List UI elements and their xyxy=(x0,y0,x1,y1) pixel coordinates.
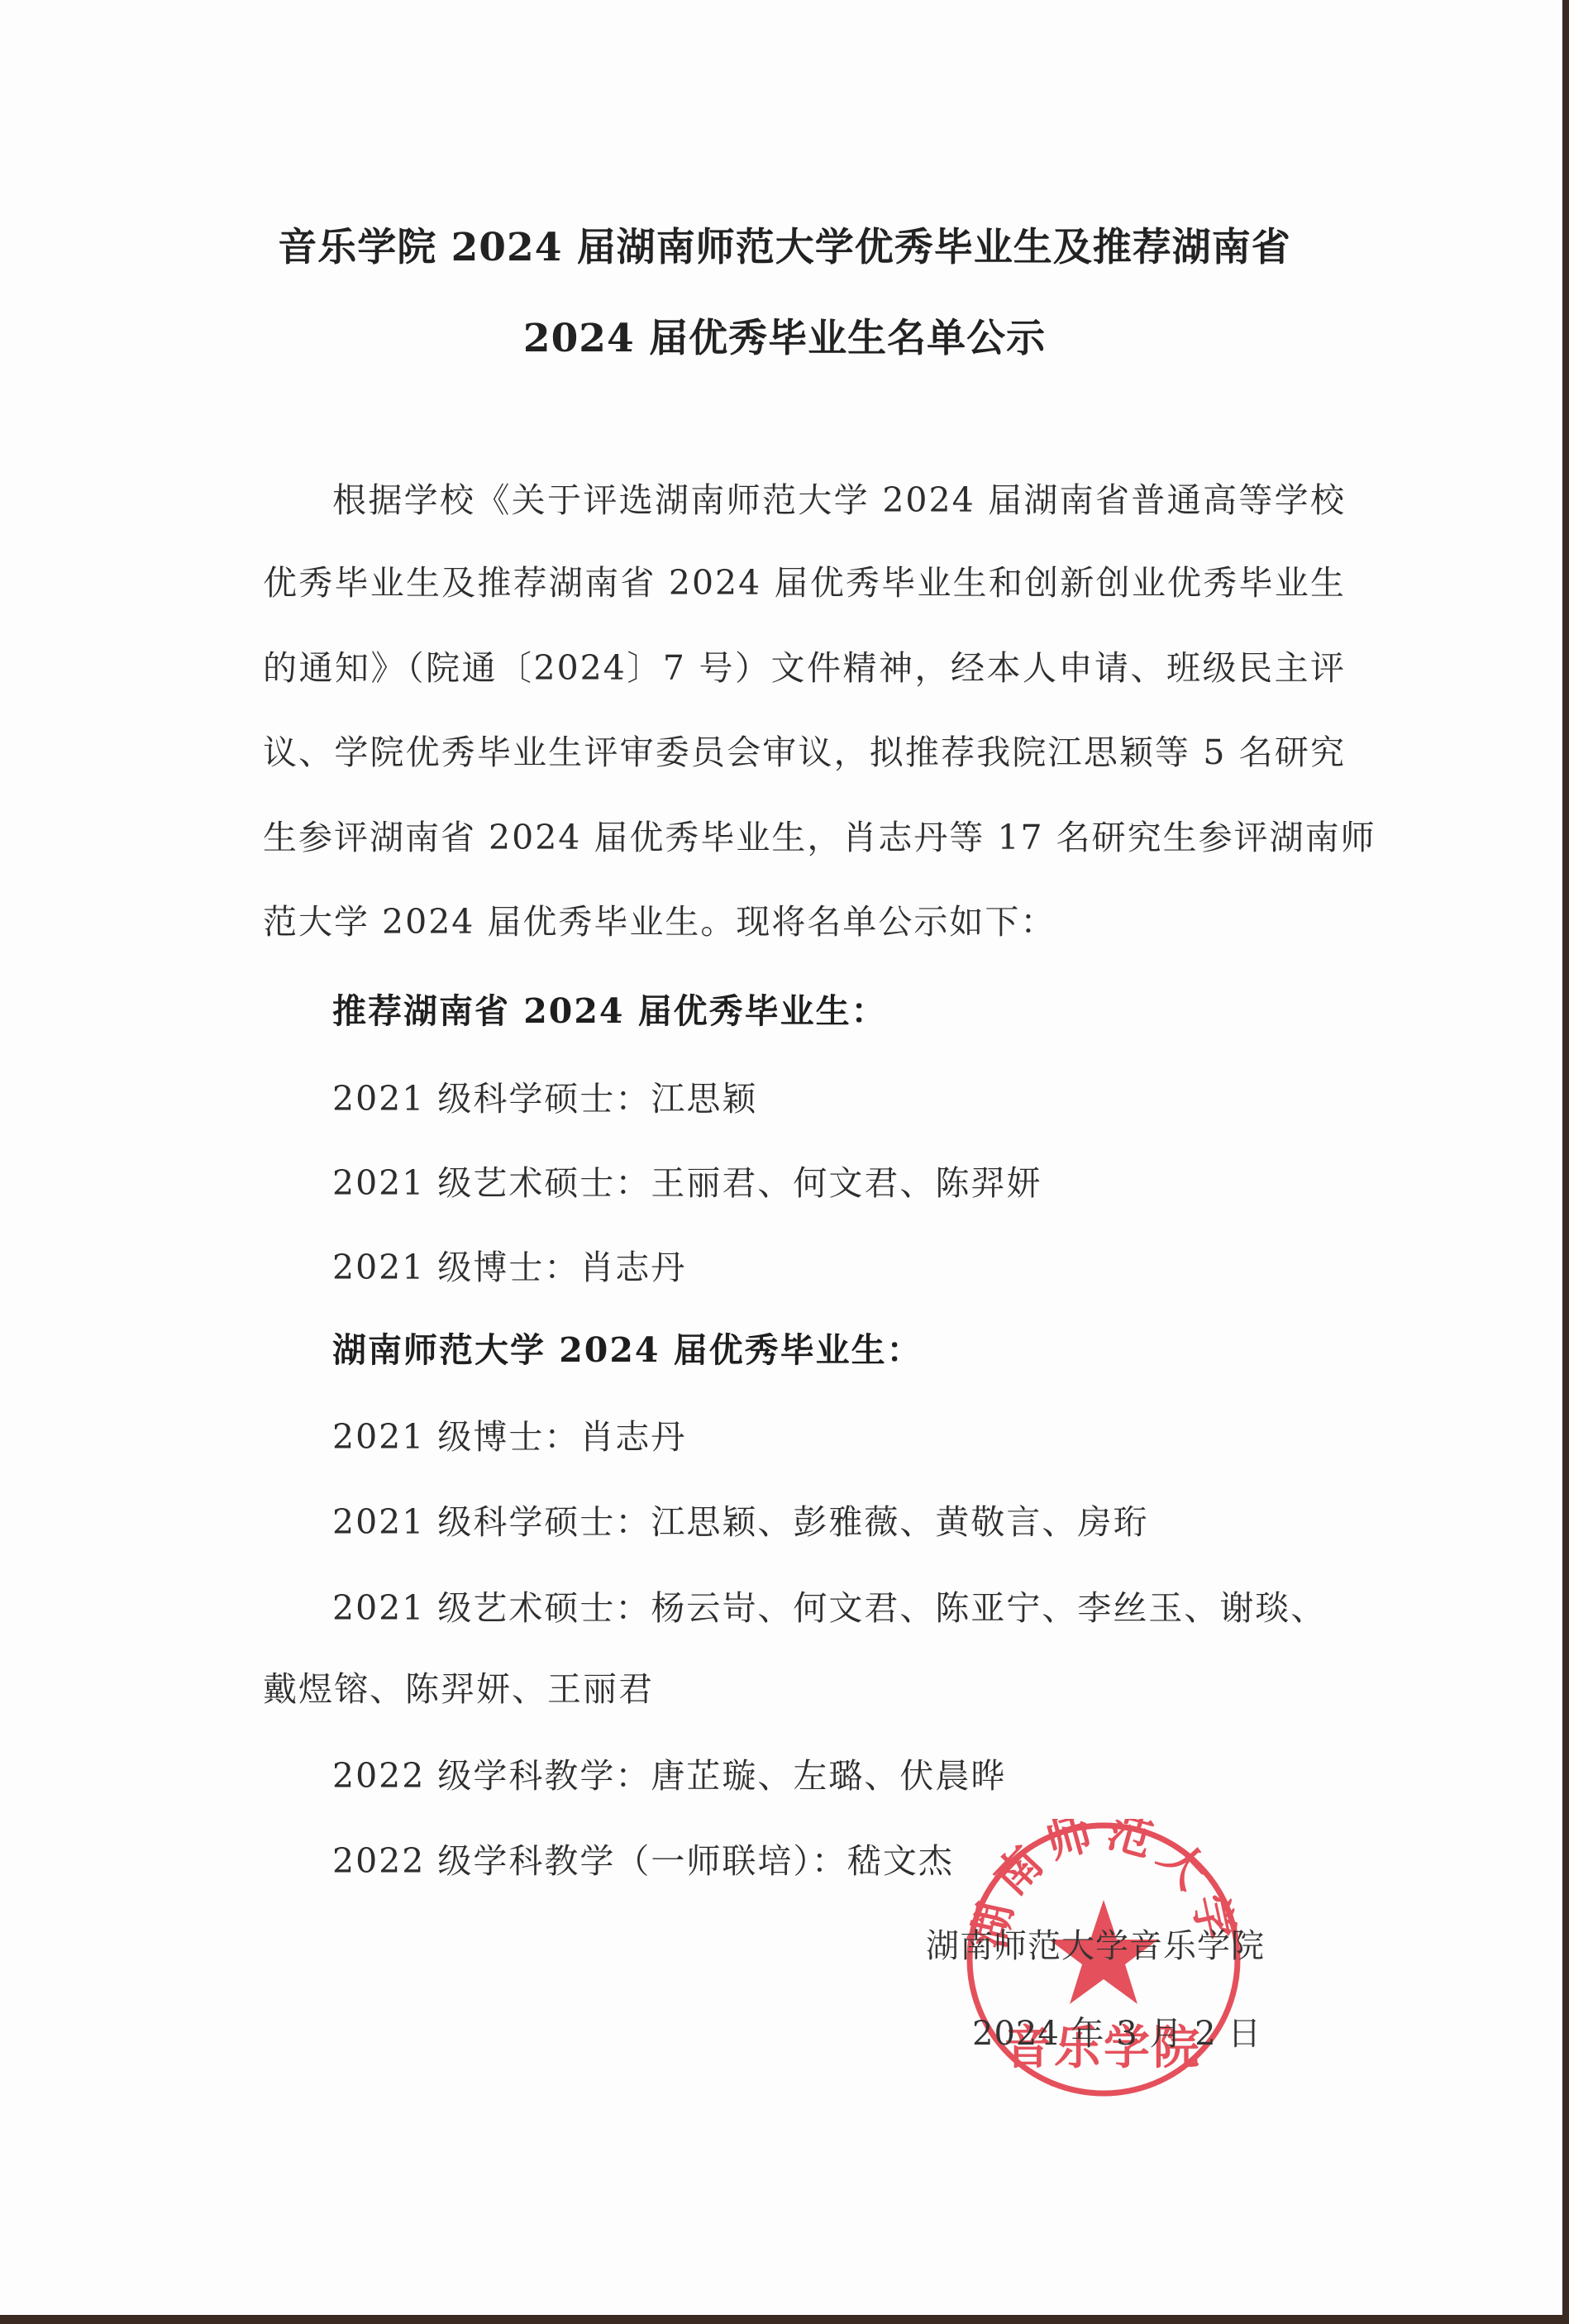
list-item: 2021 级科学硕士：江思颖 xyxy=(332,1071,757,1120)
section-heading-provincial: 推荐湖南省 2024 届优秀毕业生： xyxy=(332,984,887,1033)
body-paragraph-line-1: 根据学校《关于评选湖南师范大学 2024 届湖南省普通高等学校 xyxy=(332,473,1346,522)
list-item: 2021 级科学硕士：江思颖、彭雅薇、黄敬言、房珩 xyxy=(332,1495,1148,1544)
list-item: 2022 级学科教学（一师联培）：嵇文杰 xyxy=(332,1834,954,1883)
body-paragraph-line-5: 生参评湖南省 2024 届优秀毕业生，肖志丹等 17 名研究生参评湖南师 xyxy=(263,810,1346,859)
signature-date: 2024 年 3 月 2 日 xyxy=(972,2007,1261,2054)
document-page: 音乐学院 2024 届湖南师范大学优秀毕业生及推荐湖南省 2024 届优秀毕业生… xyxy=(0,0,1562,2315)
section-heading-university: 湖南师范大学 2024 届优秀毕业生： xyxy=(332,1323,923,1372)
body-paragraph-line-3: 的通知》（院通〔2024〕7 号）文件精神，经本人申请、班级民主评 xyxy=(263,641,1346,690)
body-paragraph-line-6: 范大学 2024 届优秀毕业生。现将名单公示如下： xyxy=(263,895,1346,943)
list-item: 2021 级艺术硕士：杨云岢、何文君、陈亚宁、李丝玉、谢琰、 xyxy=(332,1581,1326,1630)
body-paragraph-line-2: 优秀毕业生及推荐湖南省 2024 届优秀毕业生和创新创业优秀毕业生 xyxy=(263,556,1346,604)
list-item: 2022 级学科教学：唐芷璇、左璐、伏晨晔 xyxy=(332,1749,1006,1797)
list-item: 2021 级艺术硕士：王丽君、何文君、陈羿妍 xyxy=(332,1156,1042,1205)
list-item: 2021 级博士：肖志丹 xyxy=(332,1410,686,1458)
document-title-line-2: 2024 届优秀毕业生名单公示 xyxy=(0,308,1569,363)
signature-organization: 湖南师范大学音乐学院 xyxy=(926,1920,1265,1967)
list-item: 2021 级博士：肖志丹 xyxy=(332,1240,686,1289)
body-paragraph-line-4: 议、学院优秀毕业生评审委员会审议，拟推荐我院江思颖等 5 名研究 xyxy=(263,725,1346,774)
document-title-line-1: 音乐学院 2024 届湖南师范大学优秀毕业生及推荐湖南省 xyxy=(0,217,1569,272)
list-item-continuation: 戴煜镕、陈羿妍、王丽君 xyxy=(263,1662,654,1711)
